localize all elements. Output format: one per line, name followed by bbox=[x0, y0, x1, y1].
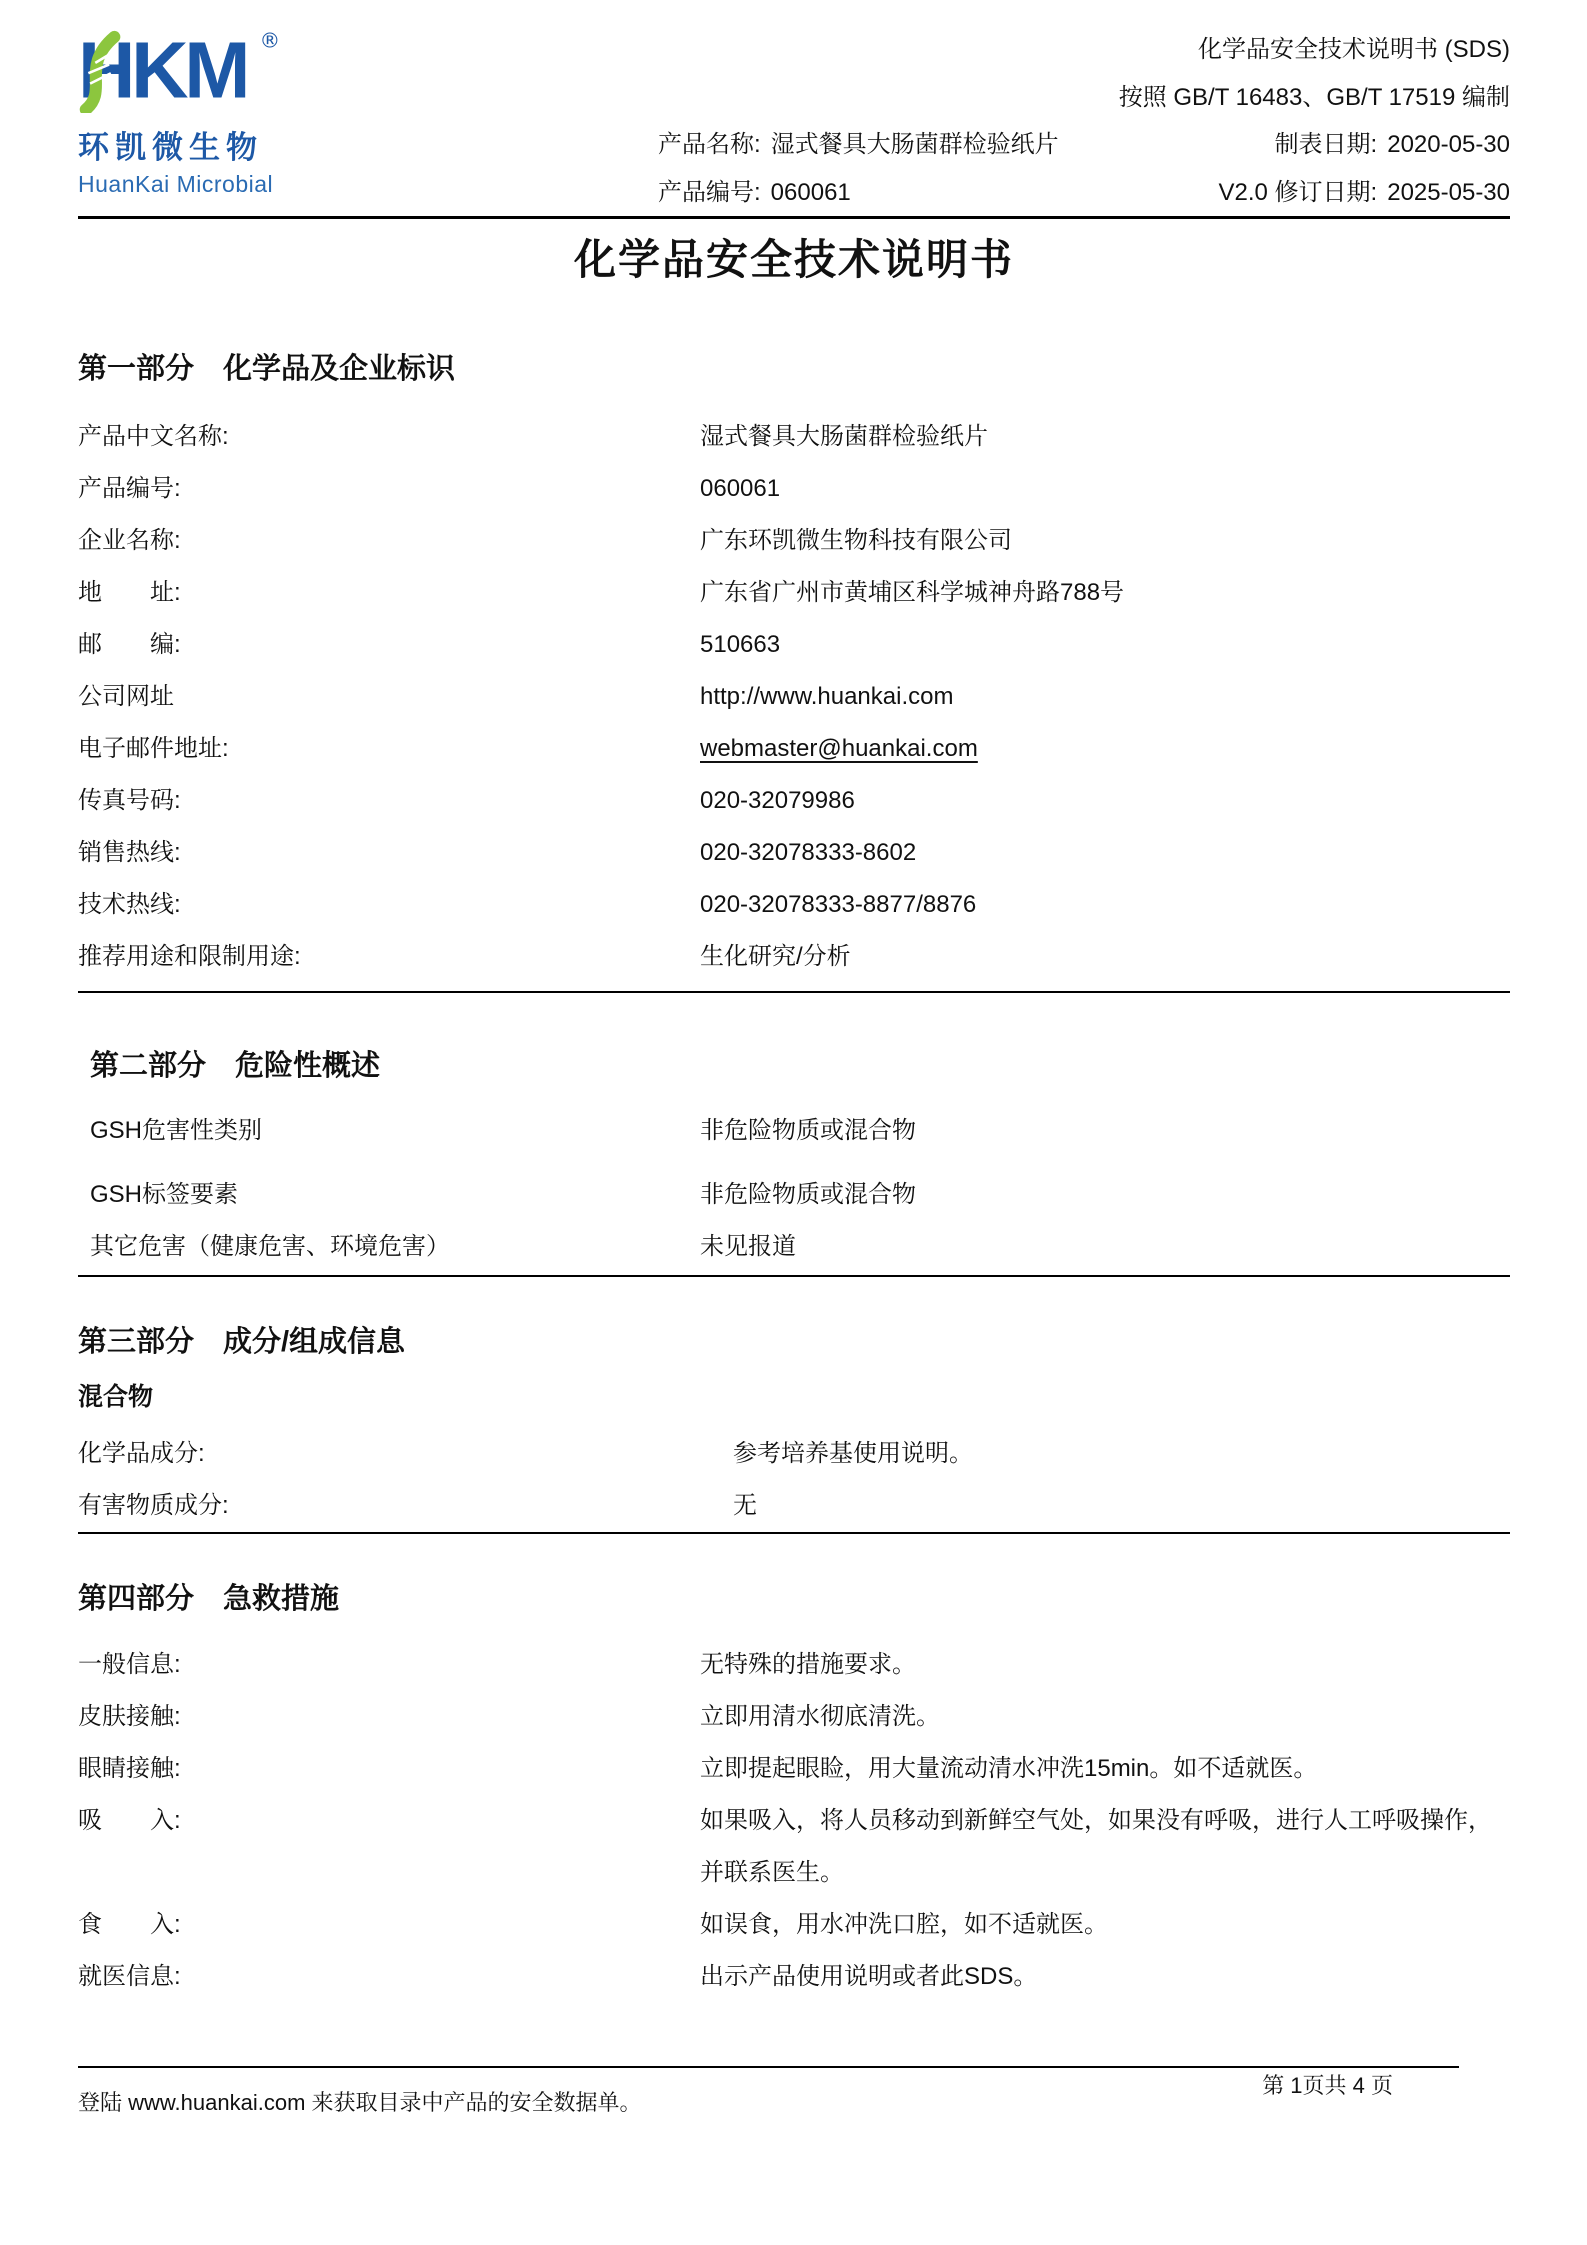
field-row-sales-hotline: 销售热线: 020-32078333-8602 bbox=[78, 827, 1510, 879]
header-row-code-revised: 产品编号:060061 V2.0 修订日期:2025-05-30 bbox=[658, 179, 1510, 207]
header-created-date-label: 制表日期: bbox=[1275, 131, 1378, 158]
field-row-fax: 传真号码: 020-32079986 bbox=[78, 775, 1510, 827]
compiled-per-standard: 按照 GB/T 16483、GB/T 17519 编制 bbox=[658, 84, 1510, 112]
field-label: 化学品成分: bbox=[78, 1428, 733, 1480]
page-footer: 第 1页共 4 页 登陆 www.huankai.com 来获取目录中产品的安全… bbox=[78, 2066, 1459, 2118]
field-row-ingestion: 食 入: 如误食，用水冲洗口腔，如不适就医。 bbox=[78, 1899, 1510, 1951]
field-row-skin-contact: 皮肤接触: 立即用清水彻底清洗。 bbox=[78, 1691, 1510, 1743]
section-1-identification: 第一部分 化学品及企业标识 产品中文名称: 湿式餐具大肠菌群检验纸片 产品编号:… bbox=[78, 352, 1510, 983]
field-value: 广东省广州市黄埔区科学城神舟路788号 bbox=[700, 567, 1510, 619]
header-revised-date-label: V2.0 修订日期: bbox=[1219, 179, 1378, 206]
section-3-rows: 化学品成分: 参考培养基使用说明。 有害物质成分: 无 bbox=[78, 1428, 1510, 1532]
header-product-code-value: 060061 bbox=[771, 179, 851, 206]
field-label: 企业名称: bbox=[78, 515, 700, 567]
field-row-email: 电子邮件地址: webmaster@huankai.com bbox=[78, 723, 1510, 775]
doc-type-title: 化学品安全技术说明书 (SDS) bbox=[658, 36, 1510, 64]
field-value: 非危险物质或混合物 bbox=[700, 1169, 1510, 1221]
section-4-rows: 一般信息: 无特殊的措施要求。 皮肤接触: 立即用清水彻底清洗。 眼睛接触: 立… bbox=[78, 1639, 1510, 2003]
section-2-heading: 第二部分 危险性概述 bbox=[90, 1049, 1510, 1084]
field-row-product-cn-name: 产品中文名称: 湿式餐具大肠菌群检验纸片 bbox=[78, 411, 1510, 463]
section-divider bbox=[78, 991, 1510, 993]
field-label: GSH危害性类别 bbox=[90, 1105, 700, 1157]
header-created-date: 制表日期:2020-05-30 bbox=[1275, 131, 1510, 159]
section-4-heading: 第四部分 急救措施 bbox=[78, 1582, 1510, 1617]
page-header: HKM ® 环凯微生物 HuanKai Microbial 化学品安全技术说明书… bbox=[78, 0, 1510, 219]
section-3-heading: 第三部分 成分/组成信息 bbox=[78, 1325, 1510, 1360]
field-row-address: 地 址: 广东省广州市黄埔区科学城神舟路788号 bbox=[78, 567, 1510, 619]
logo-company-name-cn: 环凯微生物 bbox=[78, 122, 318, 167]
section-2-hazards: 第二部分 危险性概述 GSH危害性类别 非危险物质或混合物 GSH标签要素 非危… bbox=[90, 1049, 1510, 1274]
field-row-other-hazards: 其它危害（健康危害、环境危害） 未见报道 bbox=[90, 1221, 1510, 1273]
field-row-eye-contact: 眼睛接触: 立即提起眼睑，用大量流动清水冲洗15min。如不适就医。 bbox=[78, 1743, 1510, 1795]
field-label: 地 址: bbox=[78, 567, 700, 619]
header-product-code: 产品编号:060061 bbox=[658, 179, 851, 207]
header-product-code-label: 产品编号: bbox=[658, 179, 761, 206]
field-value: 020-32078333-8877/8876 bbox=[700, 879, 1510, 931]
field-row-company-name: 企业名称: 广东环凯微生物科技有限公司 bbox=[78, 515, 1510, 567]
header-revised-date: V2.0 修订日期:2025-05-30 bbox=[1219, 179, 1510, 207]
field-row-tech-hotline: 技术热线: 020-32078333-8877/8876 bbox=[78, 879, 1510, 931]
field-value: 立即提起眼睑，用大量流动清水冲洗15min。如不适就医。 bbox=[700, 1743, 1510, 1795]
field-label: 产品中文名称: bbox=[78, 411, 700, 463]
field-label: 眼睛接触: bbox=[78, 1743, 700, 1795]
field-label: 电子邮件地址: bbox=[78, 723, 700, 775]
header-meta: 化学品安全技术说明书 (SDS) 按照 GB/T 16483、GB/T 1751… bbox=[658, 30, 1510, 206]
page-indicator: 第 1页共 4 页 bbox=[1262, 2073, 1393, 2099]
field-value: 如果吸入，将人员移动到新鲜空气处，如果没有呼吸，进行人工呼吸操作，并联系医生。 bbox=[700, 1795, 1510, 1899]
field-value: 无特殊的措施要求。 bbox=[700, 1639, 1510, 1691]
field-value: 510663 bbox=[700, 619, 1510, 671]
field-value: 非危险物质或混合物 bbox=[700, 1105, 1510, 1157]
field-label: 销售热线: bbox=[78, 827, 700, 879]
field-label: 推荐用途和限制用途: bbox=[78, 931, 700, 983]
field-label: 就医信息: bbox=[78, 1951, 700, 2003]
field-label: 传真号码: bbox=[78, 775, 700, 827]
field-row-postcode: 邮 编: 510663 bbox=[78, 619, 1510, 671]
section-1-heading: 第一部分 化学品及企业标识 bbox=[78, 352, 1510, 387]
field-row-gsh-hazard-class: GSH危害性类别 非危险物质或混合物 bbox=[90, 1105, 1510, 1157]
field-value: 060061 bbox=[700, 463, 1510, 515]
field-label: 食 入: bbox=[78, 1899, 700, 1951]
field-value: 未见报道 bbox=[700, 1221, 1510, 1273]
header-product-name-label: 产品名称: bbox=[658, 131, 761, 158]
mixture-subheading: 混合物 bbox=[78, 1382, 1510, 1412]
company-logo: HKM ® 环凯微生物 HuanKai Microbial bbox=[78, 30, 318, 198]
field-label: 皮肤接触: bbox=[78, 1691, 700, 1743]
field-value: 出示产品使用说明或者此SDS。 bbox=[700, 1951, 1510, 2003]
field-value: 020-32078333-8602 bbox=[700, 827, 1510, 879]
field-row-website: 公司网址 http://www.huankai.com bbox=[78, 671, 1510, 723]
field-row-recommended-use: 推荐用途和限制用途: 生化研究/分析 bbox=[78, 931, 1510, 983]
email-link[interactable]: webmaster@huankai.com bbox=[700, 723, 1510, 775]
field-label: 一般信息: bbox=[78, 1639, 700, 1691]
header-product-name-value: 湿式餐具大肠菌群检验纸片 bbox=[771, 131, 1059, 158]
section-2-rows: GSH危害性类别 非危险物质或混合物 GSH标签要素 非危险物质或混合物 其它危… bbox=[90, 1105, 1510, 1273]
field-label: 技术热线: bbox=[78, 879, 700, 931]
field-row-gsh-label-elements: GSH标签要素 非危险物质或混合物 bbox=[90, 1169, 1510, 1221]
field-value: 广东环凯微生物科技有限公司 bbox=[700, 515, 1510, 567]
website-url: http://www.huankai.com bbox=[700, 671, 1510, 723]
section-4-first-aid: 第四部分 急救措施 一般信息: 无特殊的措施要求。 皮肤接触: 立即用清水彻底清… bbox=[78, 1582, 1510, 2003]
field-value: 无 bbox=[733, 1480, 1510, 1532]
document-title: 化学品安全技术说明书 bbox=[78, 235, 1510, 285]
header-revised-date-value: 2025-05-30 bbox=[1387, 179, 1510, 206]
field-row-chemical-composition: 化学品成分: 参考培养基使用说明。 bbox=[78, 1428, 1510, 1480]
field-label: GSH标签要素 bbox=[90, 1169, 700, 1221]
field-row-general-info: 一般信息: 无特殊的措施要求。 bbox=[78, 1639, 1510, 1691]
header-row-product-created: 产品名称:湿式餐具大肠菌群检验纸片 制表日期:2020-05-30 bbox=[658, 131, 1510, 159]
footer-note: 登陆 www.huankai.com 来获取目录中产品的安全数据单。 bbox=[78, 2088, 1459, 2118]
logo-registered-mark: ® bbox=[260, 30, 281, 52]
field-label: 邮 编: bbox=[78, 619, 700, 671]
field-row-medical-info: 就医信息: 出示产品使用说明或者此SDS。 bbox=[78, 1951, 1510, 2003]
field-label: 吸 入: bbox=[78, 1795, 700, 1899]
header-created-date-value: 2020-05-30 bbox=[1387, 131, 1510, 158]
sds-document-page: HKM ® 环凯微生物 HuanKai Microbial 化学品安全技术说明书… bbox=[0, 0, 1587, 2245]
field-value: 湿式餐具大肠菌群检验纸片 bbox=[700, 411, 1510, 463]
field-label: 产品编号: bbox=[78, 463, 700, 515]
field-label: 有害物质成分: bbox=[78, 1480, 733, 1532]
field-value: 参考培养基使用说明。 bbox=[733, 1428, 1510, 1480]
field-label: 其它危害（健康危害、环境危害） bbox=[90, 1221, 700, 1273]
field-value: 020-32079986 bbox=[700, 775, 1510, 827]
hkm-logo-mark: HKM ® bbox=[78, 30, 282, 113]
field-value: 如误食，用水冲洗口腔，如不适就医。 bbox=[700, 1899, 1510, 1951]
field-row-hazardous-components: 有害物质成分: 无 bbox=[78, 1480, 1510, 1532]
field-row-inhalation: 吸 入: 如果吸入，将人员移动到新鲜空气处，如果没有呼吸，进行人工呼吸操作，并联… bbox=[78, 1795, 1510, 1899]
header-product-name: 产品名称:湿式餐具大肠菌群检验纸片 bbox=[658, 131, 1059, 159]
field-value: 生化研究/分析 bbox=[700, 931, 1510, 983]
section-3-composition: 第三部分 成分/组成信息 混合物 化学品成分: 参考培养基使用说明。 有害物质成… bbox=[78, 1325, 1510, 1532]
section-1-rows: 产品中文名称: 湿式餐具大肠菌群检验纸片 产品编号: 060061 企业名称: … bbox=[78, 411, 1510, 983]
field-label: 公司网址 bbox=[78, 671, 700, 723]
field-value: 立即用清水彻底清洗。 bbox=[700, 1691, 1510, 1743]
section-divider bbox=[78, 1275, 1510, 1277]
field-row-product-code: 产品编号: 060061 bbox=[78, 463, 1510, 515]
logo-company-name-en: HuanKai Microbial bbox=[78, 171, 318, 198]
section-divider bbox=[78, 1532, 1510, 1534]
